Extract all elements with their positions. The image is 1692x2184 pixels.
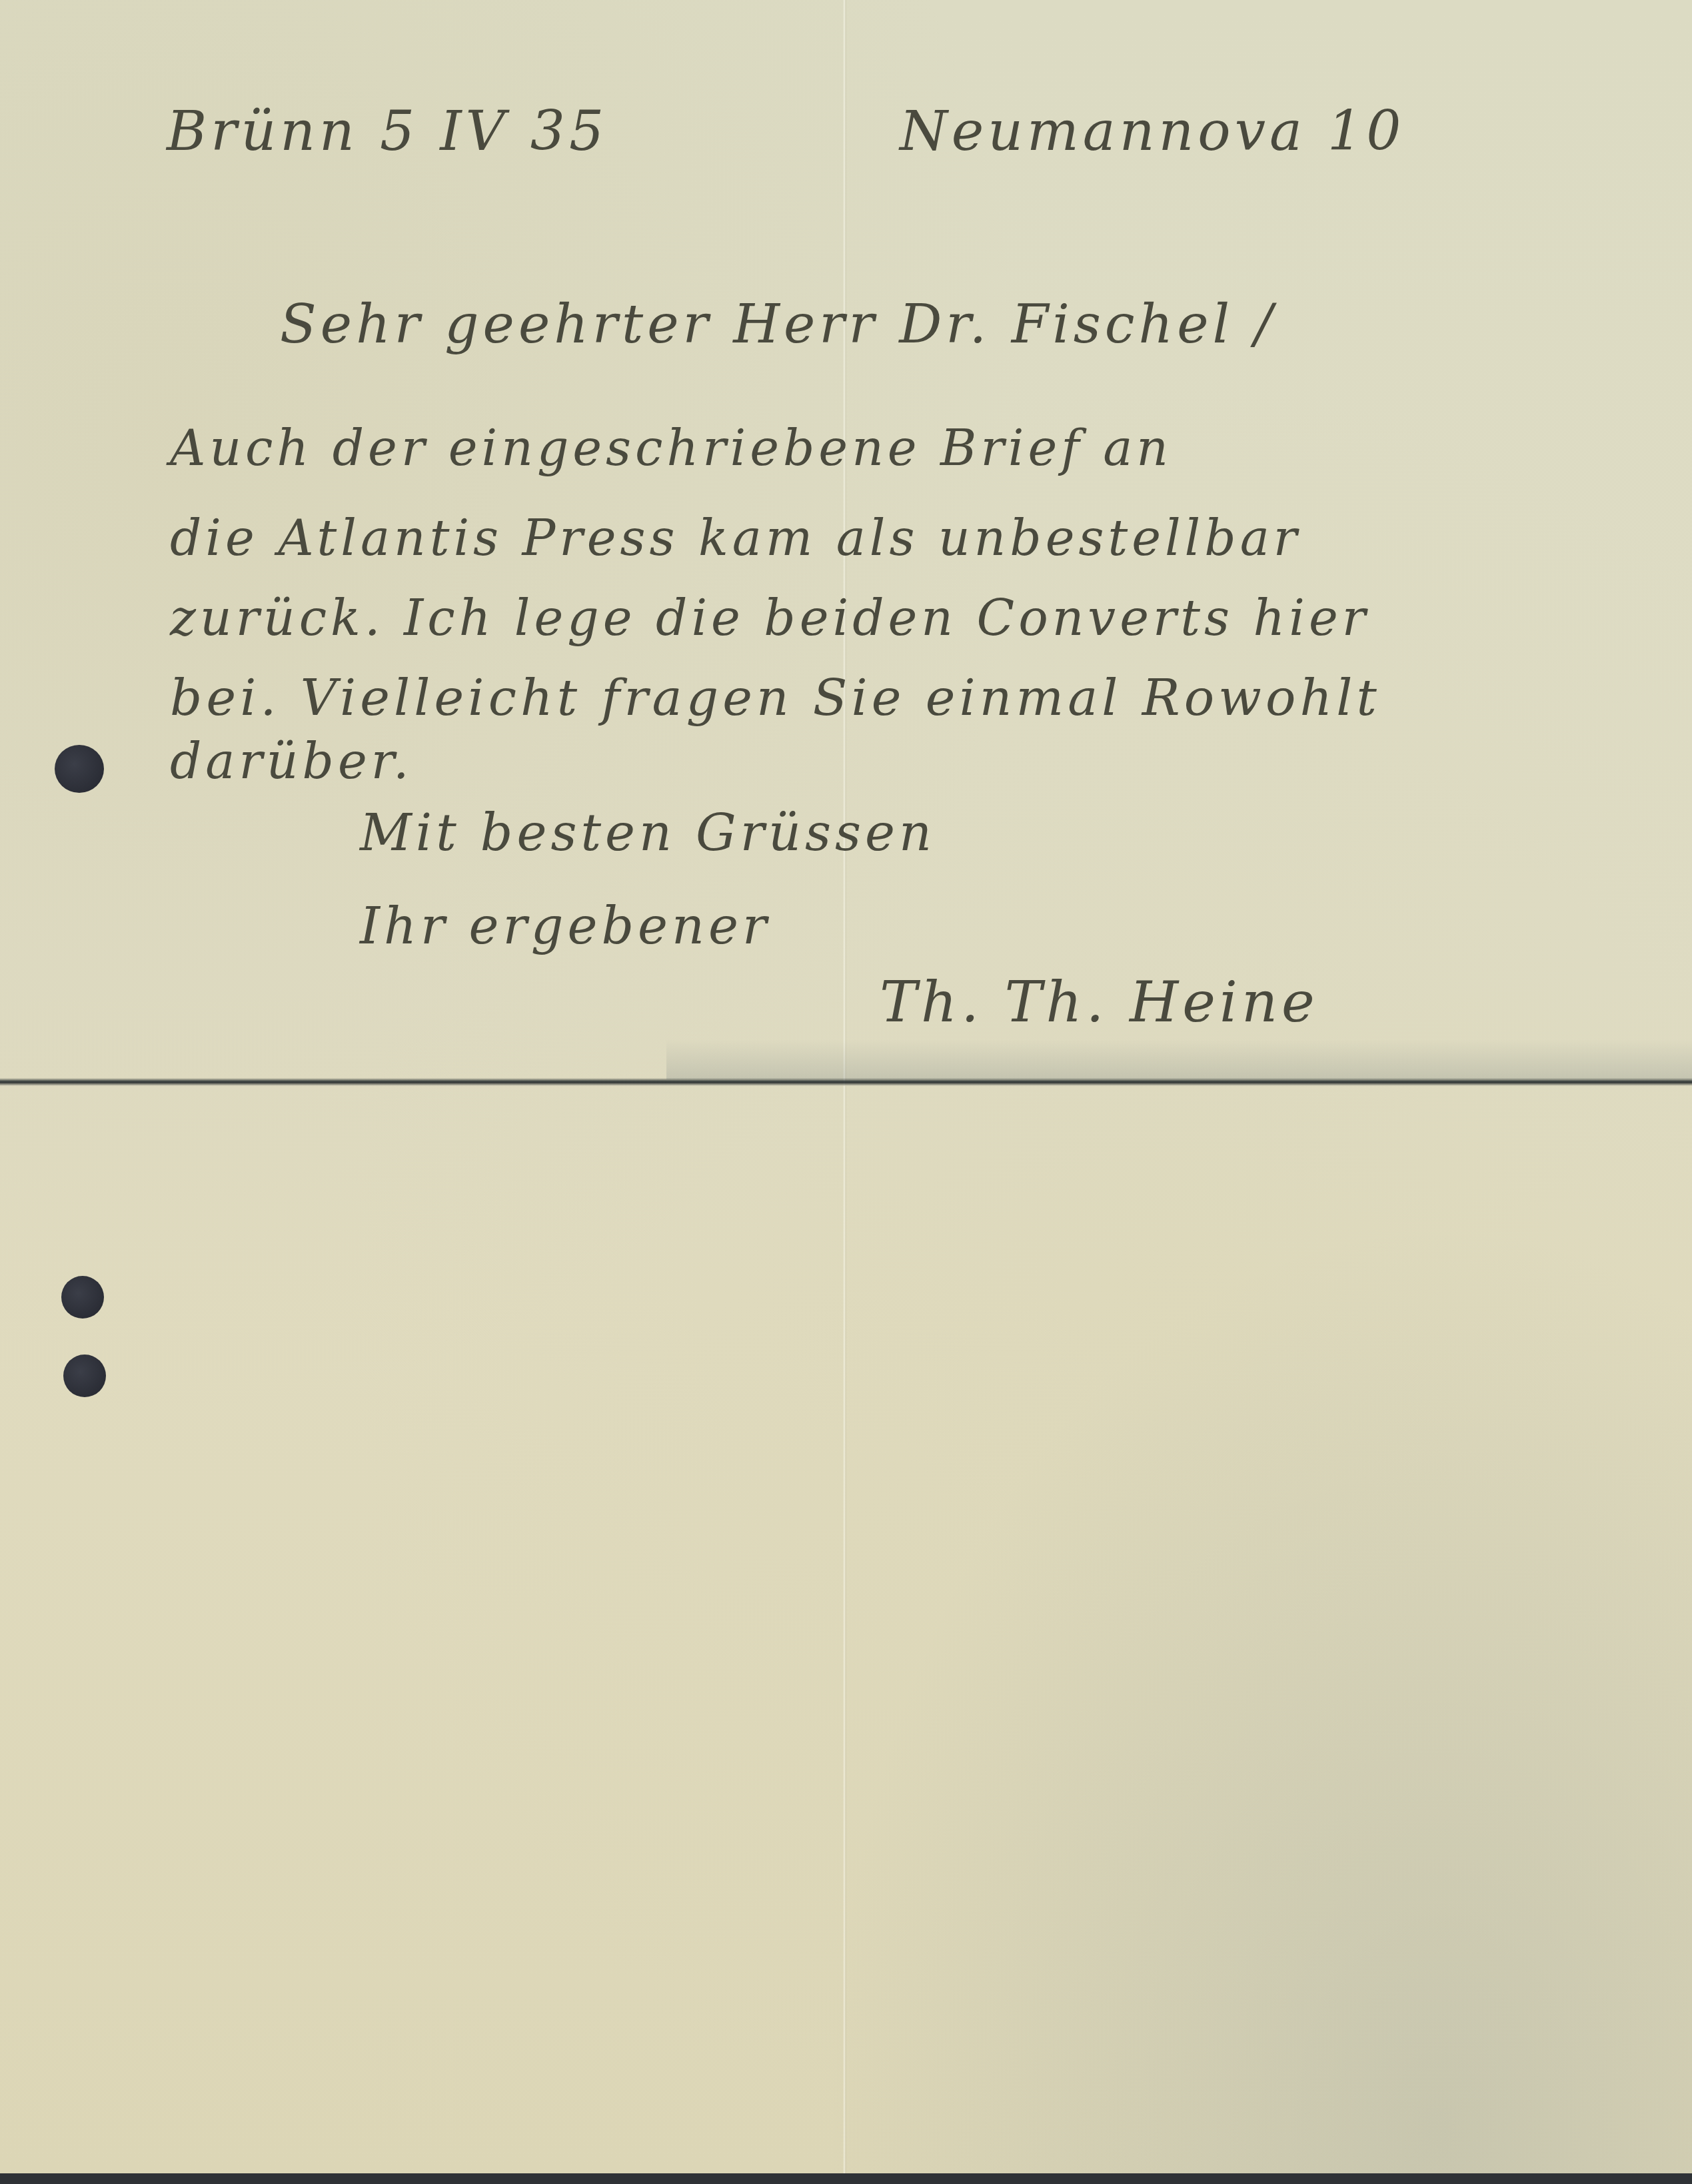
punch-hole-icon <box>55 745 104 793</box>
signature: Th. Th. Heine <box>880 969 1319 1035</box>
body-line: die Atlantis Press kam als unbestellbar <box>170 510 1301 567</box>
body-line: darüber. <box>170 733 413 790</box>
sender-address: Neumannova 10 <box>900 100 1405 163</box>
punch-hole-icon <box>61 1276 104 1319</box>
closing-line: Ihr ergebener <box>360 896 770 955</box>
body-line: bei. Vielleicht fragen Sie einmal Rowohl… <box>170 670 1381 727</box>
horizontal-fold <box>0 1078 1692 1086</box>
closing-line: Mit besten Grüssen <box>360 803 936 862</box>
letter-sheet: Brünn 5 IV 35 Neumannova 10 Sehr geehrte… <box>0 0 1692 2173</box>
body-line: zurück. Ich lege die beiden Converts hie… <box>170 590 1369 647</box>
salutation: Sehr geehrter Herr Dr. Fischel / <box>280 293 1276 355</box>
scan-background-edge <box>0 2173 1692 2184</box>
fold-shadow <box>666 1039 1692 1079</box>
punch-hole-icon <box>63 1355 106 1397</box>
place-date: Brünn 5 IV 35 <box>167 100 608 163</box>
body-line: Auch der eingeschriebene Brief an <box>170 420 1172 477</box>
